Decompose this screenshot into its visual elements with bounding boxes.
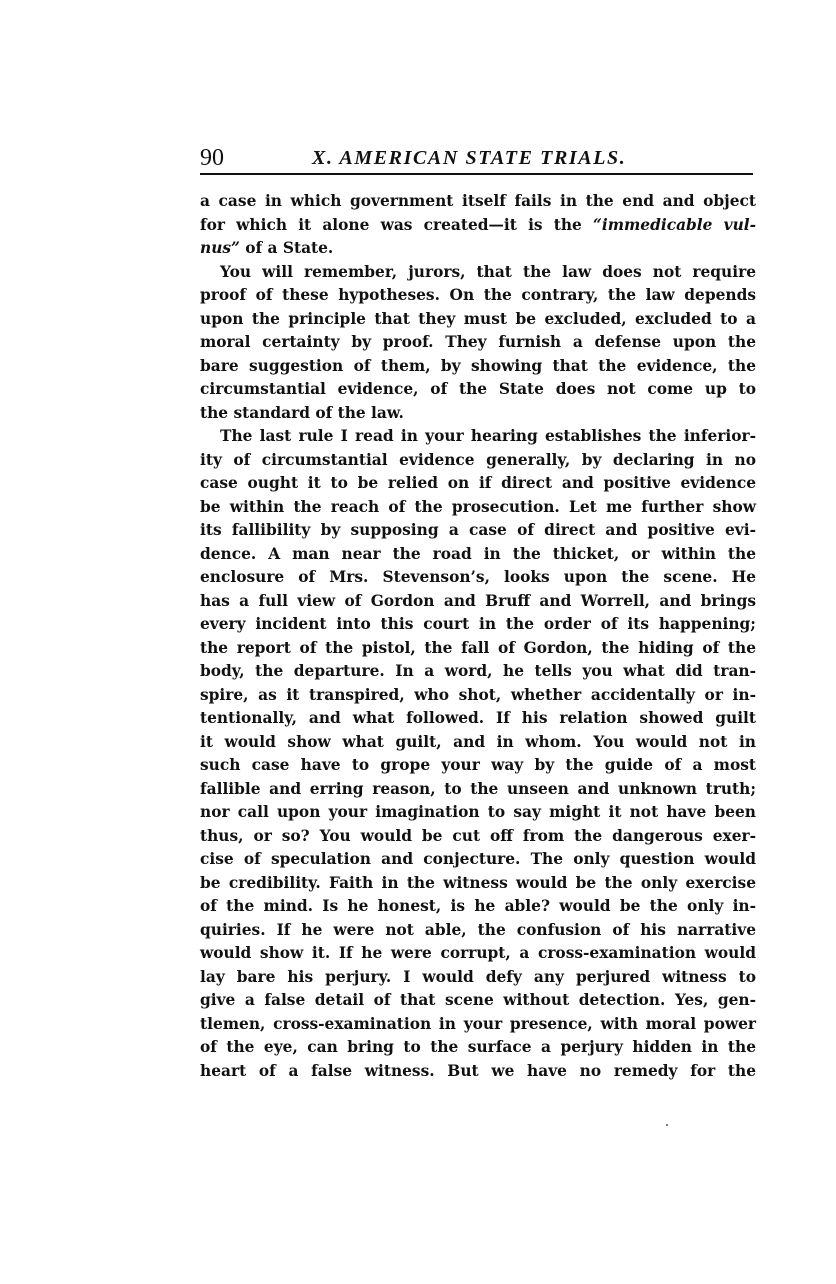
text-run: nor call upon your imagination to say mi… <box>200 803 756 821</box>
text-run: case ought it to be relied on if direct … <box>200 474 756 492</box>
text-line: nus” of a State. <box>200 237 756 261</box>
text-run: be credibility. Faith in the witness wou… <box>200 874 756 892</box>
text-line: heart of a false witness. But we have no… <box>200 1060 756 1084</box>
text-line: a case in which government itself fails … <box>200 190 756 214</box>
text-line: tlemen, cross-examination in your presen… <box>200 1013 756 1037</box>
text-run: You will remember, jurors, that the law … <box>220 263 756 281</box>
text-run: tlemen, cross-examination in your presen… <box>200 1015 756 1033</box>
text-run: a case in which government itself fails … <box>200 192 756 210</box>
running-title: X. AMERICAN STATE TRIALS. <box>312 146 626 170</box>
text-run: bare suggestion of them, by showing that… <box>200 357 756 375</box>
text-line: be within the reach of the prosecution. … <box>200 496 756 520</box>
text-run: upon the principle that they must be exc… <box>200 310 756 328</box>
text-run: moral certainty by proof. They furnish a… <box>200 333 756 351</box>
text-line: thus, or so? You would be cut off from t… <box>200 825 756 849</box>
text-line: upon the principle that they must be exc… <box>200 308 756 332</box>
text-run: for which it alone was created—it is the <box>200 216 593 234</box>
text-line: of the eye, can bring to the surface a p… <box>200 1036 756 1060</box>
scan-speck <box>666 1124 668 1126</box>
text-run: be within the reach of the prosecution. … <box>200 498 756 516</box>
text-line: it would show what guilt, and in whom. Y… <box>200 731 756 755</box>
text-line: of the mind. Is he honest, is he able? w… <box>200 895 756 919</box>
text-line: bare suggestion of them, by showing that… <box>200 355 756 379</box>
text-run: would show it. If he were corrupt, a cro… <box>200 944 756 962</box>
body-text: a case in which government itself fails … <box>200 190 756 1083</box>
text-run: heart of a false witness. But we have no… <box>200 1062 756 1080</box>
text-line: ity of circumstantial evidence generally… <box>200 449 756 473</box>
text-run: give a false detail of that scene withou… <box>200 991 756 1009</box>
text-line: its fallibility by supposing a case of d… <box>200 519 756 543</box>
text-run: such case have to grope your way by the … <box>200 756 756 774</box>
text-run: dence. A man near the road in the thicke… <box>200 545 756 563</box>
text-line: the report of the pistol, the fall of Go… <box>200 637 756 661</box>
text-run: of the eye, can bring to the surface a p… <box>200 1038 756 1056</box>
text-line: You will remember, jurors, that the law … <box>200 261 756 285</box>
text-run: has a full view of Gordon and Bruff and … <box>200 592 756 610</box>
text-run: it would show what guilt, and in whom. Y… <box>200 733 756 751</box>
text-line: be credibility. Faith in the witness wou… <box>200 872 756 896</box>
text-run: the report of the pistol, the fall of Go… <box>200 639 756 657</box>
text-run: thus, or so? You would be cut off from t… <box>200 827 756 845</box>
header-rule <box>200 173 753 175</box>
text-line: case ought it to be relied on if direct … <box>200 472 756 496</box>
text-line: lay bare his perjury. I would defy any p… <box>200 966 756 990</box>
text-run: circumstantial evidence, of the State do… <box>200 380 756 398</box>
text-line: tentionally, and what followed. If his r… <box>200 707 756 731</box>
running-head: 90 X. AMERICAN STATE TRIALS. <box>200 140 756 170</box>
text-run: fallible and erring reason, to the unsee… <box>200 780 756 798</box>
text-run: of the mind. Is he honest, is he able? w… <box>200 897 756 915</box>
text-line: nor call upon your imagination to say mi… <box>200 801 756 825</box>
text-run: enclosure of Mrs. Stevenson’s, looks upo… <box>200 568 756 586</box>
text-line: circumstantial evidence, of the State do… <box>200 378 756 402</box>
text-run: its fallibility by supposing a case of d… <box>200 521 756 539</box>
page-number: 90 <box>200 144 224 172</box>
text-run: the standard of the law. <box>200 404 404 422</box>
text-run: tentionally, and what followed. If his r… <box>200 709 756 727</box>
text-run: every incident into this court in the or… <box>200 615 756 633</box>
text-line: dence. A man near the road in the thicke… <box>200 543 756 567</box>
text-run: lay bare his perjury. I would defy any p… <box>200 968 756 986</box>
text-line: body, the departure. In a word, he tells… <box>200 660 756 684</box>
text-run: proof of these hypotheses. On the contra… <box>200 286 756 304</box>
text-run: body, the departure. In a word, he tells… <box>200 662 756 680</box>
book-page: 90 X. AMERICAN STATE TRIALS. a case in w… <box>200 140 756 170</box>
text-line: has a full view of Gordon and Bruff and … <box>200 590 756 614</box>
text-line: spire, as it transpired, who shot, wheth… <box>200 684 756 708</box>
text-line: moral certainty by proof. They furnish a… <box>200 331 756 355</box>
text-line: enclosure of Mrs. Stevenson’s, looks upo… <box>200 566 756 590</box>
text-line: quiries. If he were not able, the confus… <box>200 919 756 943</box>
text-line: every incident into this court in the or… <box>200 613 756 637</box>
text-line: The last rule I read in your hearing est… <box>200 425 756 449</box>
text-line: fallible and erring reason, to the unsee… <box>200 778 756 802</box>
text-run: cise of speculation and conjecture. The … <box>200 850 756 868</box>
text-line: for which it alone was created—it is the… <box>200 214 756 238</box>
text-line: proof of these hypotheses. On the contra… <box>200 284 756 308</box>
text-line: would show it. If he were corrupt, a cro… <box>200 942 756 966</box>
text-line: give a false detail of that scene withou… <box>200 989 756 1013</box>
text-run: ity of circumstantial evidence generally… <box>200 451 756 469</box>
text-run: spire, as it transpired, who shot, wheth… <box>200 686 756 704</box>
text-run: of a State. <box>240 239 333 257</box>
italic-latin-phrase: “immedicable vul- <box>593 216 756 234</box>
text-run: The last rule I read in your hearing est… <box>220 427 756 445</box>
text-line: cise of speculation and conjecture. The … <box>200 848 756 872</box>
italic-latin-phrase: nus” <box>200 239 240 257</box>
text-line: such case have to grope your way by the … <box>200 754 756 778</box>
text-line: the standard of the law. <box>200 402 756 426</box>
text-run: quiries. If he were not able, the confus… <box>200 921 756 939</box>
